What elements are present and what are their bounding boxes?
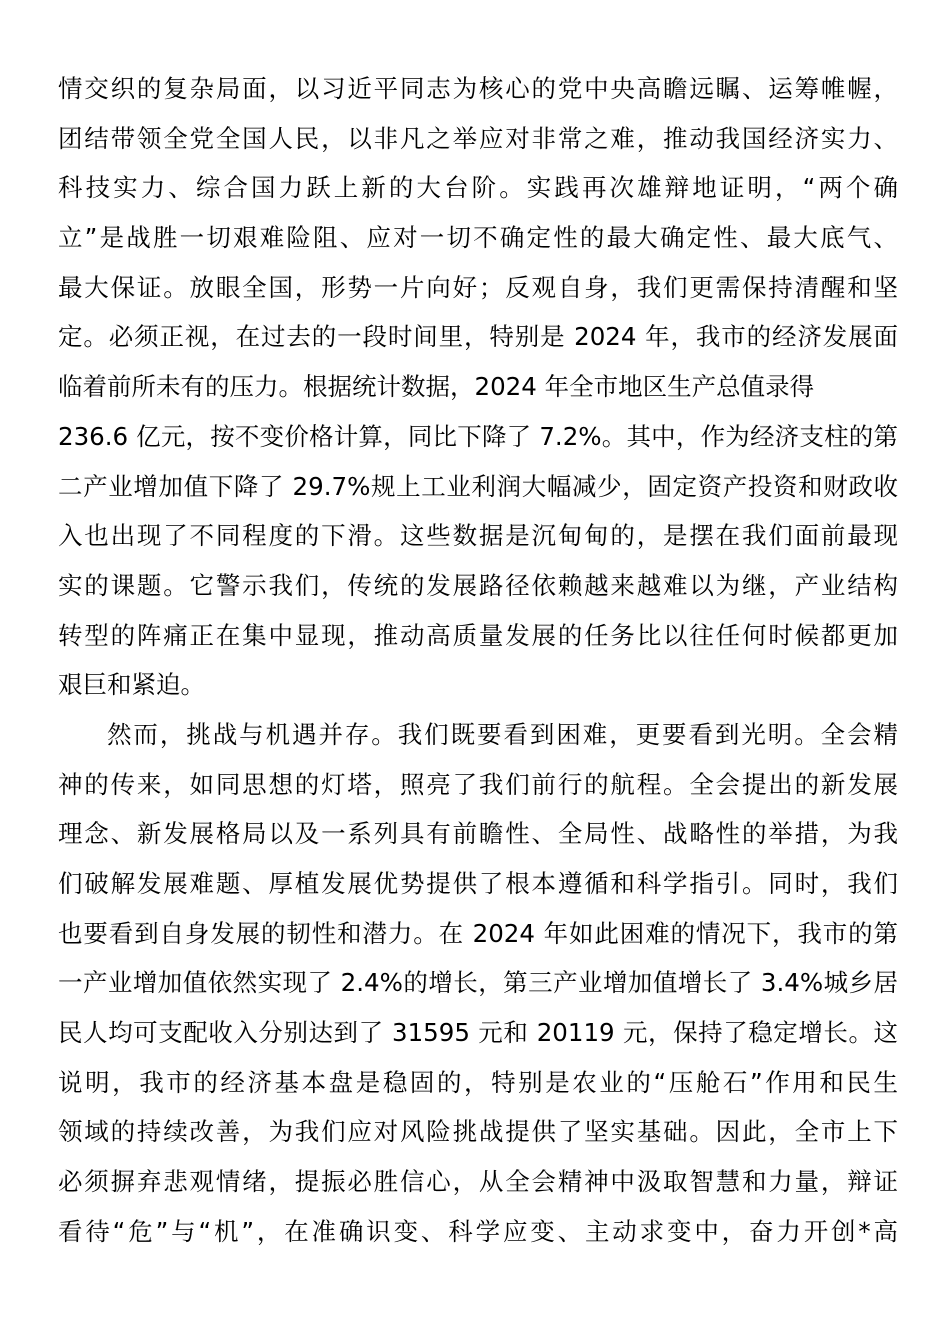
text-line: 转型的阵痛正在集中显现，推动高质量发展的任务比以往任何时候都更加 [58,611,898,661]
text-line: 说明，我市的经济基本盘是稳固的，特别是农业的“压舱石”作用和民生 [58,1058,898,1108]
text-line: 神的传来，如同思想的灯塔，照亮了我们前行的航程。全会提出的新发展 [58,760,898,810]
text-line: 领域的持续改善，为我们应对风险挑战提供了坚实基础。因此，全市上下 [58,1107,898,1157]
text-line: 看待“危”与“机”，在准确识变、科学应变、主动求变中，奋力开创*高 [58,1207,898,1257]
text-line: 定。必须正视，在过去的一段时间里，特别是 2024 年，我市的经济发展面 [58,312,898,362]
text-line: 立”是战胜一切艰难险阻、应对一切不确定性的最大确定性、最大底气、 [58,213,898,263]
text-line: 实的课题。它警示我们，传统的发展路径依赖越来越难以为继，产业结构 [58,561,898,611]
text-line: 们破解发展难题、厚植发展优势提供了根本遵循和科学指引。同时，我们 [58,859,898,909]
text-line: 236.6 亿元，按不变价格计算，同比下降了 7.2%。其中，作为经济支柱的第 [58,412,898,462]
text-line: 也要看到自身发展的韧性和潜力。在 2024 年如此困难的情况下，我市的第 [58,909,898,959]
text-line: 必须摒弃悲观情绪，提振必胜信心，从全会精神中汲取智慧和力量，辩证 [58,1157,898,1207]
text-line: 团结带领全党全国人民，以非凡之举应对非常之难，推动我国经济实力、 [58,114,898,164]
paragraph-challenges-and-opportunities: 然而，挑战与机遇并存。我们既要看到困难，更要看到光明。全会精 神的传来，如同思想… [58,710,898,1257]
text-line: 艰巨和紧迫。 [58,660,898,710]
text-line: 入也出现了不同程度的下滑。这些数据是沉甸甸的，是摆在我们面前最现 [58,511,898,561]
text-line: 然而，挑战与机遇并存。我们既要看到困难，更要看到光明。全会精 [58,710,898,760]
text-line: 理念、新发展格局以及一系列具有前瞻性、全局性、战略性的举措，为我 [58,809,898,859]
text-line: 科技实力、综合国力跃上新的大台阶。实践再次雄辩地证明，“两个确 [58,163,898,213]
text-line: 最大保证。放眼全国，形势一片向好；反观自身，我们更需保持清醒和坚 [58,263,898,313]
text-line: 情交织的复杂局面，以习近平同志为核心的党中央高瞻远瞩、运筹帷幄， [58,64,898,114]
text-line: 民人均可支配收入分别达到了 31595 元和 20119 元，保持了稳定增长。这 [58,1008,898,1058]
document-page: 情交织的复杂局面，以习近平同志为核心的党中央高瞻远瞩、运筹帷幄， 团结带领全党全… [58,64,898,1257]
paragraph-economic-pressure: 情交织的复杂局面，以习近平同志为核心的党中央高瞻远瞩、运筹帷幄， 团结带领全党全… [58,64,898,710]
text-line: 临着前所未有的压力。根据统计数据，2024 年全市地区生产总值录得 [58,362,898,412]
text-line: 二产业增加值下降了 29.7%规上工业利润大幅减少，固定资产投资和财政收 [58,462,898,512]
text-line: 一产业增加值依然实现了 2.4%的增长，第三产业增加值增长了 3.4%城乡居 [58,958,898,1008]
